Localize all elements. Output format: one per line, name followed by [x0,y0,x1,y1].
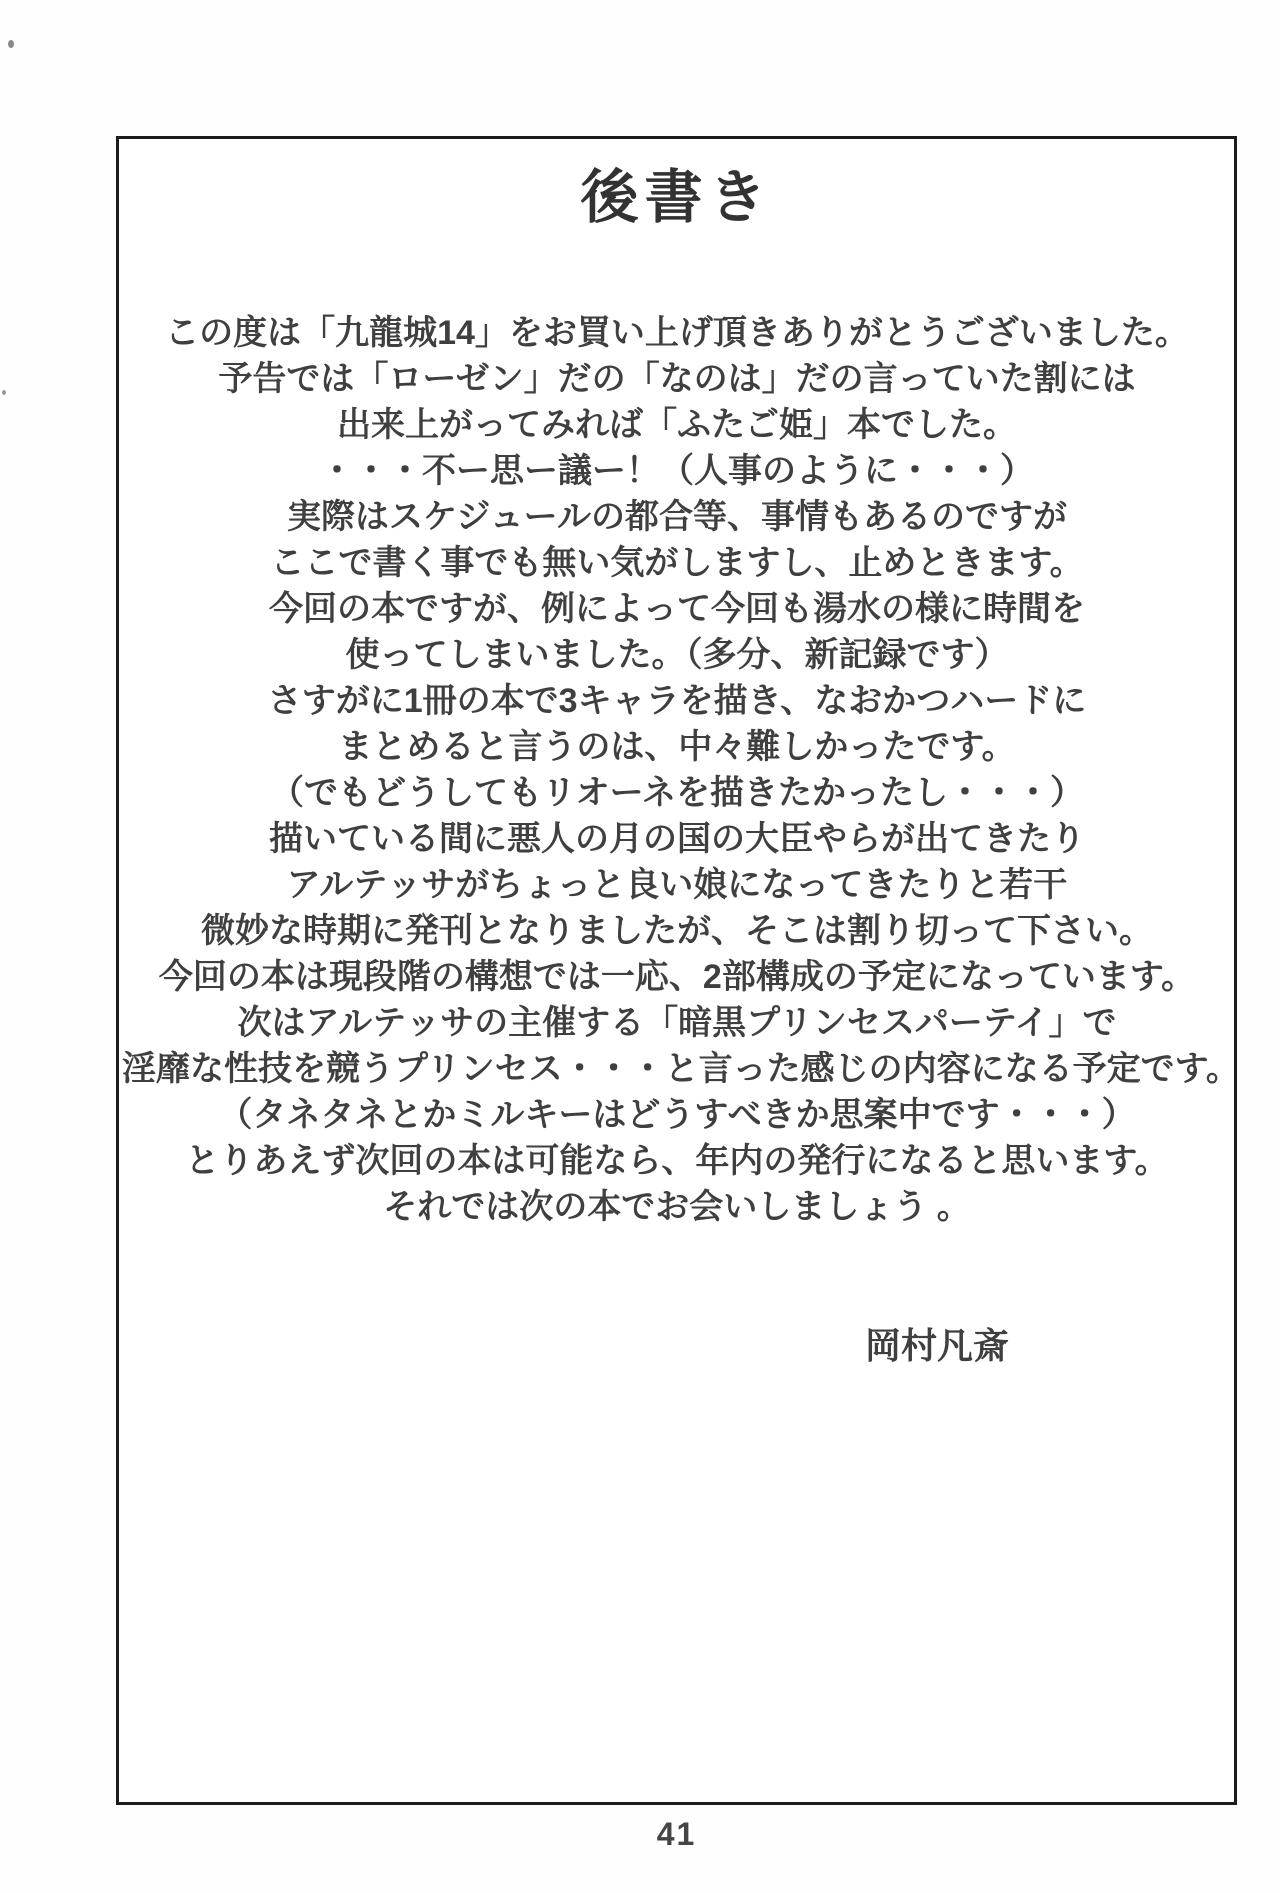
scan-speck [8,40,14,48]
afterword-line: 淫靡な性技を競うプリンセス・・・と言った感じの内容になる予定です。 [122,1046,1232,1092]
scanned-afterword-page: 後書き この度は「九龍城14」をお買い上げ頂きありがとうございました。 予告では… [0,0,1280,1893]
afterword-line: それでは次の本でお会いしましょう 。 [122,1184,1232,1230]
afterword-line: 予告では「ローゼン」だの「なのは」だの言っていた割には [122,356,1232,402]
afterword-line: 微妙な時期に発刊となりましたが、そこは割り切って下さい。 [122,908,1232,954]
page-title: 後書き [116,150,1237,234]
afterword-line: ここで書く事でも無い気がしますし、止めときます。 [122,540,1232,586]
afterword-line: 次はアルテッサの主催する「暗黒プリンセスパーテイ」で [122,1000,1232,1046]
afterword-line: この度は「九龍城14」をお買い上げ頂きありがとうございました。 [122,310,1232,356]
afterword-text-block: この度は「九龍城14」をお買い上げ頂きありがとうございました。 予告では「ローゼ… [122,310,1232,1230]
afterword-line: アルテッサがちょっと良い娘になってきたりと若干 [122,862,1232,908]
afterword-line: とりあえず次回の本は可能なら、年内の発行になると思います。 [122,1138,1232,1184]
afterword-line: （タネタネとかミルキーはどうすべきか思案中です・・・） [122,1092,1232,1138]
afterword-line: 実際はスケジュールの都合等、事情もあるのですが [122,494,1232,540]
afterword-line: 今回の本は現段階の構想では一応、2部構成の予定になっています。 [122,954,1232,1000]
author-signature: 岡村凡斎 [116,1318,1237,1369]
afterword-line: 使ってしまいました。（多分、新記録です） [122,632,1232,678]
afterword-line: ・・・不ー思ー議ー！（人事のように・・・） [122,448,1232,494]
afterword-line: まとめると言うのは、中々難しかったです。 [122,724,1232,770]
afterword-line: 出来上がってみれば「ふたご姫」本でした。 [122,402,1232,448]
afterword-line: さすがに1冊の本で3キャラを描き、なおかつハードに [122,678,1232,724]
page-number: 41 [116,1816,1237,1853]
scan-speck [2,390,6,395]
afterword-line: （でもどうしてもリオーネを描きたかったし・・・） [122,770,1232,816]
afterword-line: 今回の本ですが、例によって今回も湯水の様に時間を [122,586,1232,632]
afterword-line: 描いている間に悪人の月の国の大臣やらが出てきたり [122,816,1232,862]
